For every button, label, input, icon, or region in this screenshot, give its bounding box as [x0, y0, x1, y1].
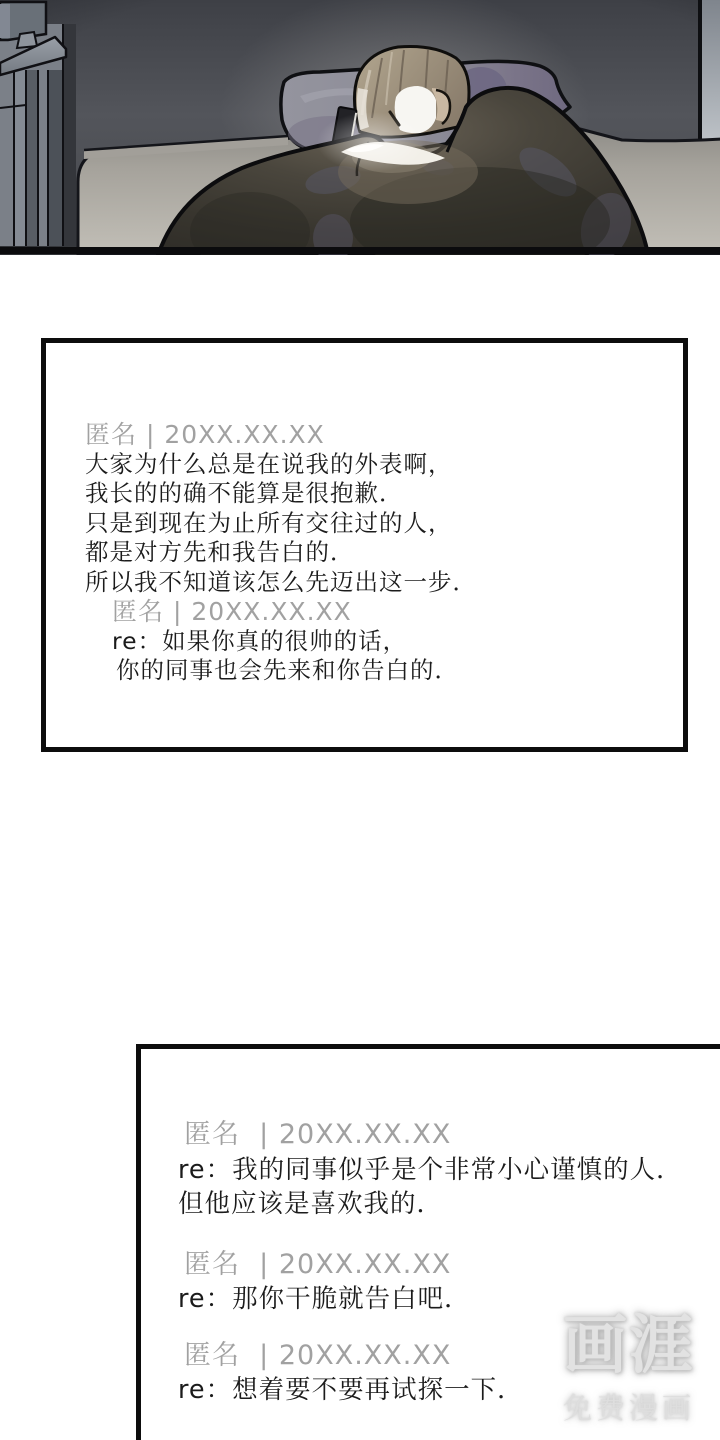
post-line: 都是对方先和我告白的． — [85, 538, 669, 568]
forum-post-box-1: 匿名 | 20XX.XX.XX 大家为什么总是在说我的外表啊， 我长的的确不能算… — [41, 338, 688, 752]
reply-meta: 匿名 | 20XX.XX.XX — [112, 597, 669, 627]
post-line: 我长的的确不能算是很抱歉． — [85, 479, 669, 509]
panel-border — [0, 247, 720, 254]
watermark-subtitle: 免费漫画 — [563, 1386, 695, 1427]
nightstand — [0, 2, 76, 246]
wall-corner — [701, 0, 720, 149]
post-meta: 匿名 | 20XX.XX.XX — [85, 420, 669, 450]
post-meta: 匿名 | 20XX.XX.XX — [184, 1118, 714, 1153]
reply-line: re：如果你真的很帅的话， — [112, 627, 669, 657]
reply-line: 但他应该是喜欢我的． — [178, 1187, 714, 1222]
reply-line: 你的同事也会先来和你告白的． — [116, 656, 669, 686]
post-meta: 匿名 | 20XX.XX.XX — [184, 1248, 714, 1283]
watermark-logo: 画涯 — [563, 1312, 695, 1380]
bedroom-scene-illustration — [0, 0, 720, 255]
watermark: 画涯 免费漫画 — [563, 1312, 695, 1427]
post-line: 所以我不知道该怎么先迈出这一步． — [85, 568, 669, 598]
post-line: 只是到现在为止所有交往过的人， — [85, 509, 669, 539]
reply-line: re：我的同事似乎是个非常小心谨慎的人． — [178, 1153, 714, 1188]
forum-post-1-content: 匿名 | 20XX.XX.XX 大家为什么总是在说我的外表啊， 我长的的确不能算… — [46, 343, 683, 686]
post-line: 大家为什么总是在说我的外表啊， — [85, 450, 669, 480]
